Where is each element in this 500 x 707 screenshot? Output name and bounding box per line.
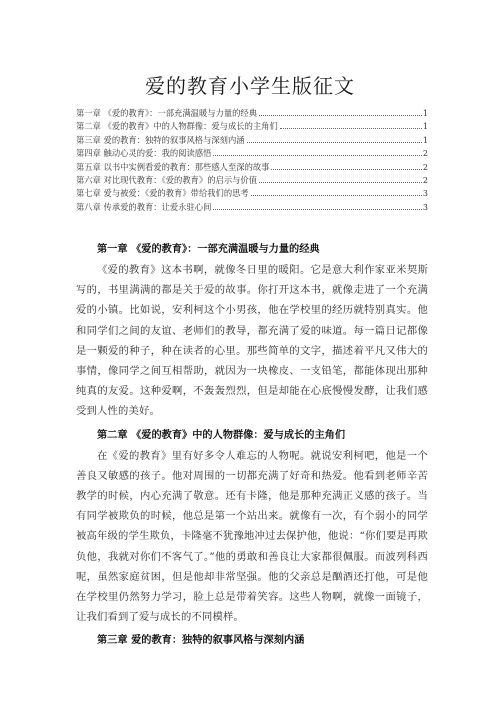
toc-leader-dots — [271, 168, 421, 170]
toc-entry-label: 第七章 爱与被爱：《爱的教育》带给我们的思考 — [76, 187, 249, 199]
toc-entry[interactable]: 第三章 爱的教育：独特的叙事风格与深刻内涵 1 — [76, 134, 428, 147]
toc-leader-dots — [251, 194, 422, 196]
toc-entry-label: 第二章 《爱的教育》中的人物群像：爱与成长的主角们 — [76, 120, 278, 132]
toc-page-number: 2 — [423, 149, 428, 158]
toc-leader-dots — [213, 154, 422, 156]
toc-entry[interactable]: 第七章 爱与被爱：《爱的教育》带给我们的思考 3 — [76, 187, 428, 200]
toc-entry-label: 第三章 爱的教育：独特的叙事风格与深刻内涵 — [76, 134, 245, 146]
chapter-2-heading: 第二章 《爱的教育》中的人物群像：爱与成长的主角们 — [76, 426, 428, 446]
toc-entry[interactable]: 第八章 传承爱的教育：让爱永驻心间 3 — [76, 201, 428, 214]
document-page: 爱的教育小学生版征文 第一章 《爱的教育》：一部充满温暖与力量的经典 1 第二章… — [0, 0, 500, 707]
toc-page-number: 2 — [423, 163, 428, 172]
chapter-3-heading: 第三章 爱的教育：独特的叙事风格与深刻内涵 — [76, 631, 428, 651]
toc-entry-label: 第六章 对比现代教育：《爱的教育》的启示与价值 — [76, 174, 257, 186]
toc-page-number: 3 — [423, 189, 428, 198]
table-of-contents: 第一章 《爱的教育》：一部充满温暖与力量的经典 1 第二章 《爱的教育》中的人物… — [76, 107, 428, 214]
toc-page-number: 1 — [423, 136, 428, 145]
toc-page-number: 1 — [423, 109, 428, 118]
toc-page-number: 3 — [423, 203, 428, 212]
toc-leader-dots — [280, 127, 422, 129]
toc-leader-dots — [247, 141, 422, 143]
toc-leader-dots — [213, 208, 422, 210]
toc-page-number: 1 — [423, 122, 428, 131]
toc-entry-label: 第八章 传承爱的教育：让爱永驻心间 — [76, 201, 211, 213]
toc-entry[interactable]: 第四章 触动心灵的爱：我的阅读感悟 2 — [76, 147, 428, 160]
toc-entry-label: 第一章 《爱的教育》：一部充满温暖与力量的经典 — [76, 107, 257, 119]
toc-entry[interactable]: 第六章 对比现代教育：《爱的教育》的启示与价值 2 — [76, 174, 428, 187]
toc-entry-label: 第四章 触动心灵的爱：我的阅读感悟 — [76, 147, 211, 159]
toc-leader-dots — [259, 181, 422, 183]
document-title: 爱的教育小学生版征文 — [0, 70, 500, 99]
toc-entry[interactable]: 第二章 《爱的教育》中的人物群像：爱与成长的主角们 1 — [76, 120, 428, 133]
toc-page-number: 2 — [423, 176, 428, 185]
chapter-2-paragraph: 在《爱的教育》里有好多令人难忘的人物呢。就说安利柯吧，他是一个善良又敏感的孩子。… — [76, 446, 428, 628]
chapter-1-heading: 第一章 《爱的教育》：一部充满温暖与力量的经典 — [76, 240, 428, 260]
toc-entry-label: 第五章 以书中实例看爱的教育：那些感人至深的故事 — [76, 161, 269, 173]
toc-leader-dots — [259, 114, 422, 116]
document-body: 第一章 《爱的教育》：一部充满温暖与力量的经典 《爱的教育》这本书啊，就像冬日里… — [76, 240, 428, 651]
chapter-1-paragraph: 《爱的教育》这本书啊，就像冬日里的暖阳。它是意大利作家亚米契斯写的，书里满满的都… — [76, 260, 428, 422]
toc-entry[interactable]: 第一章 《爱的教育》：一部充满温暖与力量的经典 1 — [76, 107, 428, 120]
toc-entry[interactable]: 第五章 以书中实例看爱的教育：那些感人至深的故事 2 — [76, 161, 428, 174]
